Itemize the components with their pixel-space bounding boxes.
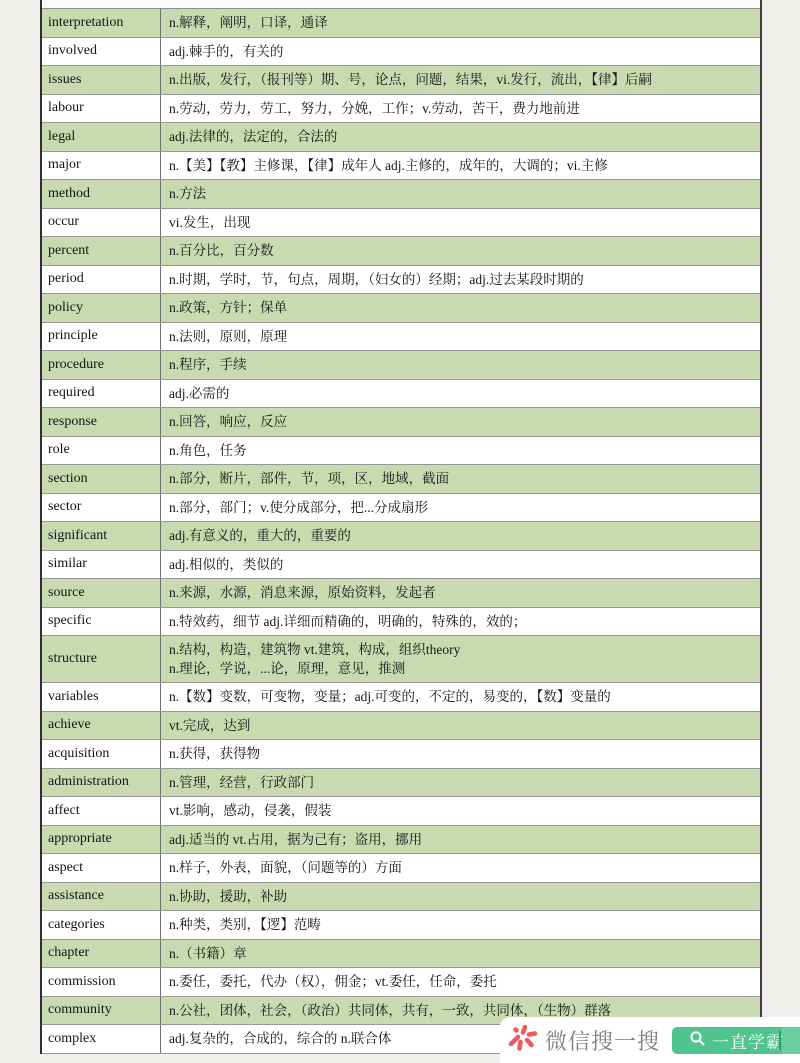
word-cell: occur <box>42 209 161 237</box>
definition-cell: n.出版，发行，（报刊等）期、号，论点，问题，结果，vi.发行，流出，【律】后嗣 <box>161 66 760 93</box>
table-row: similar adj.相似的，类似的 <box>42 551 760 580</box>
table-row: achieve vt.完成，达到 <box>42 712 760 741</box>
word-cell: achieve <box>42 712 161 740</box>
definition-cell: adj.有意义的，重大的，重要的 <box>161 522 760 549</box>
word-cell: significant <box>42 522 161 550</box>
definition-cell: n.来源，水源，消息来源，原始资料，发起者 <box>161 579 760 606</box>
table-row: appropriate adj.适当的 vt.占用，据为己有；盗用，挪用 <box>42 826 760 855</box>
definition-cell: n.角色，任务 <box>161 437 760 464</box>
definition-cell: n.解释，阐明，口译，通译 <box>161 9 760 36</box>
word-cell: commission <box>42 968 161 996</box>
definition-cell: adj.法律的，法定的，合法的 <box>161 123 760 150</box>
table-row: involved adj.棘手的，有关的 <box>42 38 760 67</box>
wechat-search-spark-icon <box>507 1022 539 1059</box>
table-row: section n.部分，断片，部件，节，项，区，地域，截面 <box>42 465 760 494</box>
word-cell: labour <box>42 95 161 123</box>
definition-cell: n.【美】【教】主修课，【律】成年人 adj.主修的，成年的，大调的；vi.主修 <box>161 152 760 179</box>
word-cell: sector <box>42 494 161 522</box>
text-cursor <box>779 1031 781 1050</box>
word-cell: section <box>42 465 161 493</box>
table-row: sector n.部分，部门；v.使分成部分，把...分成扇形 <box>42 494 760 523</box>
word-cell: acquisition <box>42 740 161 768</box>
table-row: major n.【美】【教】主修课，【律】成年人 adj.主修的，成年的，大调的… <box>42 152 760 181</box>
word-cell: assistance <box>42 883 161 911</box>
word-cell: issues <box>42 66 161 94</box>
table-row: percent n.百分比，百分数 <box>42 237 760 266</box>
table-row: procedure n.程序，手续 <box>42 351 760 380</box>
word-cell: policy <box>42 294 161 322</box>
table-row: significant adj.有意义的，重大的，重要的 <box>42 522 760 551</box>
button-light-segment <box>782 1027 800 1054</box>
definition-cell: n.【数】变数，可变物，变量；adj.可变的，不定的，易变的，【数】变量的 <box>161 683 760 710</box>
table-row: variables n.【数】变数，可变物，变量；adj.可变的，不定的，易变的… <box>42 683 760 712</box>
word-cell: administration <box>42 769 161 797</box>
definition-cell: n.特效药，细节 adj.详细而精确的，明确的，特殊的，效的； <box>161 608 760 635</box>
definition-cell: n.种类，类别，【逻】范畴 <box>161 911 760 938</box>
table-row: aspect n.样子，外表，面貌，（问题等的）方面 <box>42 854 760 883</box>
definition-cell: n.样子，外表，面貌，（问题等的）方面 <box>161 854 760 881</box>
vocabulary-table-container: interpretation n.解释，阐明，口译，通译 involved ad… <box>40 0 762 1054</box>
definition-cell: n.委任，委托，代办（权），佣金；vt.委任，任命，委托 <box>161 968 760 995</box>
word-cell: required <box>42 380 161 408</box>
word-cell: affect <box>42 797 161 825</box>
definition-cell: adj.相似的，类似的 <box>161 551 760 578</box>
definition-cell: n.回答，响应，反应 <box>161 408 760 435</box>
definition-cell: n.部分，断片，部件，节，项，区，地域，截面 <box>161 465 760 492</box>
definition-cell: n.协助，援助，补助 <box>161 883 760 910</box>
definition-cell: n.（书籍）章 <box>161 940 760 967</box>
word-cell: source <box>42 579 161 607</box>
definition-cell: vi.发生，出现 <box>161 209 760 236</box>
word-cell: percent <box>42 237 161 265</box>
word-cell: chapter <box>42 940 161 968</box>
word-cell: similar <box>42 551 161 579</box>
word-cell: categories <box>42 911 161 939</box>
definition-cell: n.百分比，百分数 <box>161 237 760 264</box>
table-row: specific n.特效药，细节 adj.详细而精确的，明确的，特殊的，效的； <box>42 608 760 637</box>
word-cell: aspect <box>42 854 161 882</box>
table-row: commission n.委任，委托，代办（权），佣金；vt.委任，任命，委托 <box>42 968 760 997</box>
table-row: administration n.管理，经营，行政部门 <box>42 769 760 798</box>
table-row: chapter n.（书籍）章 <box>42 940 760 969</box>
table-top-partial-row <box>42 0 760 9</box>
word-cell: legal <box>42 123 161 151</box>
definition-cell: adj.棘手的，有关的 <box>161 38 760 65</box>
table-row: policy n.政策，方针；保单 <box>42 294 760 323</box>
word-cell: response <box>42 408 161 436</box>
table-row: labour n.劳动，劳力，劳工，努力，分娩，工作；v.劳动，苦干，费力地前进 <box>42 95 760 124</box>
definition-cell: adj.适当的 vt.占用，据为己有；盗用，挪用 <box>161 826 760 853</box>
table-row: response n.回答，响应，反应 <box>42 408 760 437</box>
table-row: method n.方法 <box>42 180 760 209</box>
word-cell: involved <box>42 38 161 66</box>
watermark-bar: 微信搜一搜 一直学霸 <box>500 1017 800 1063</box>
definition-cell: n.程序，手续 <box>161 351 760 378</box>
word-cell: structure <box>42 636 161 682</box>
vocab-table: interpretation n.解释，阐明，口译，通译 involved ad… <box>42 9 760 1054</box>
table-row: required adj.必需的 <box>42 380 760 409</box>
table-row: occur vi.发生，出现 <box>42 209 760 238</box>
definition-cell: vt.影响，感动，侵袭，假装 <box>161 797 760 824</box>
definition-cell: n.结构，构造，建筑物 vt.建筑，构成，组织theory n.理论，学说，..… <box>161 636 760 682</box>
word-cell: procedure <box>42 351 161 379</box>
definition-cell: n.管理，经营，行政部门 <box>161 769 760 796</box>
word-cell: community <box>42 997 161 1025</box>
word-cell: method <box>42 180 161 208</box>
word-cell: appropriate <box>42 826 161 854</box>
document-page: interpretation n.解释，阐明，口译，通译 involved ad… <box>0 0 800 1063</box>
definition-cell: n.方法 <box>161 180 760 207</box>
watermark-brand-text: 微信搜一搜 <box>545 1025 660 1056</box>
word-cell: interpretation <box>42 9 161 37</box>
definition-cell: n.政策，方针；保单 <box>161 294 760 321</box>
search-icon <box>689 1030 706 1050</box>
table-row: principle n.法则，原则，原理 <box>42 323 760 352</box>
table-row: role n.角色，任务 <box>42 437 760 466</box>
table-row: affect vt.影响，感动，侵袭，假装 <box>42 797 760 826</box>
word-cell: period <box>42 266 161 294</box>
word-cell: variables <box>42 683 161 711</box>
table-row: legal adj.法律的，法定的，合法的 <box>42 123 760 152</box>
table-row: structure n.结构，构造，建筑物 vt.建筑，构成，组织theory … <box>42 636 760 683</box>
table-row: source n.来源，水源，消息来源，原始资料，发起者 <box>42 579 760 608</box>
table-row: assistance n.协助，援助，补助 <box>42 883 760 912</box>
table-row: issues n.出版，发行，（报刊等）期、号，论点，问题，结果，vi.发行，流… <box>42 66 760 95</box>
definition-cell: n.法则，原则，原理 <box>161 323 760 350</box>
definition-cell: adj.必需的 <box>161 380 760 407</box>
definition-cell: n.时期，学时，节，句点，周期，（妇女的）经期；adj.过去某段时期的 <box>161 266 760 293</box>
definition-cell: n.获得，获得物 <box>161 740 760 767</box>
word-cell: role <box>42 437 161 465</box>
watermark-search-button[interactable]: 一直学霸 <box>672 1027 800 1054</box>
word-cell: specific <box>42 608 161 636</box>
table-row: interpretation n.解释，阐明，口译，通译 <box>42 9 760 38</box>
definition-cell: vt.完成，达到 <box>161 712 760 739</box>
table-row: acquisition n.获得，获得物 <box>42 740 760 769</box>
table-row: categories n.种类，类别，【逻】范畴 <box>42 911 760 940</box>
word-cell: principle <box>42 323 161 351</box>
word-cell: complex <box>42 1025 161 1053</box>
definition-cell: n.劳动，劳力，劳工，努力，分娩，工作；v.劳动，苦干，费力地前进 <box>161 95 760 122</box>
watermark-button-label: 一直学霸 <box>712 1028 784 1053</box>
word-cell: major <box>42 152 161 180</box>
definition-cell: n.部分，部门；v.使分成部分，把...分成扇形 <box>161 494 760 521</box>
table-row: period n.时期，学时，节，句点，周期，（妇女的）经期；adj.过去某段时… <box>42 266 760 295</box>
